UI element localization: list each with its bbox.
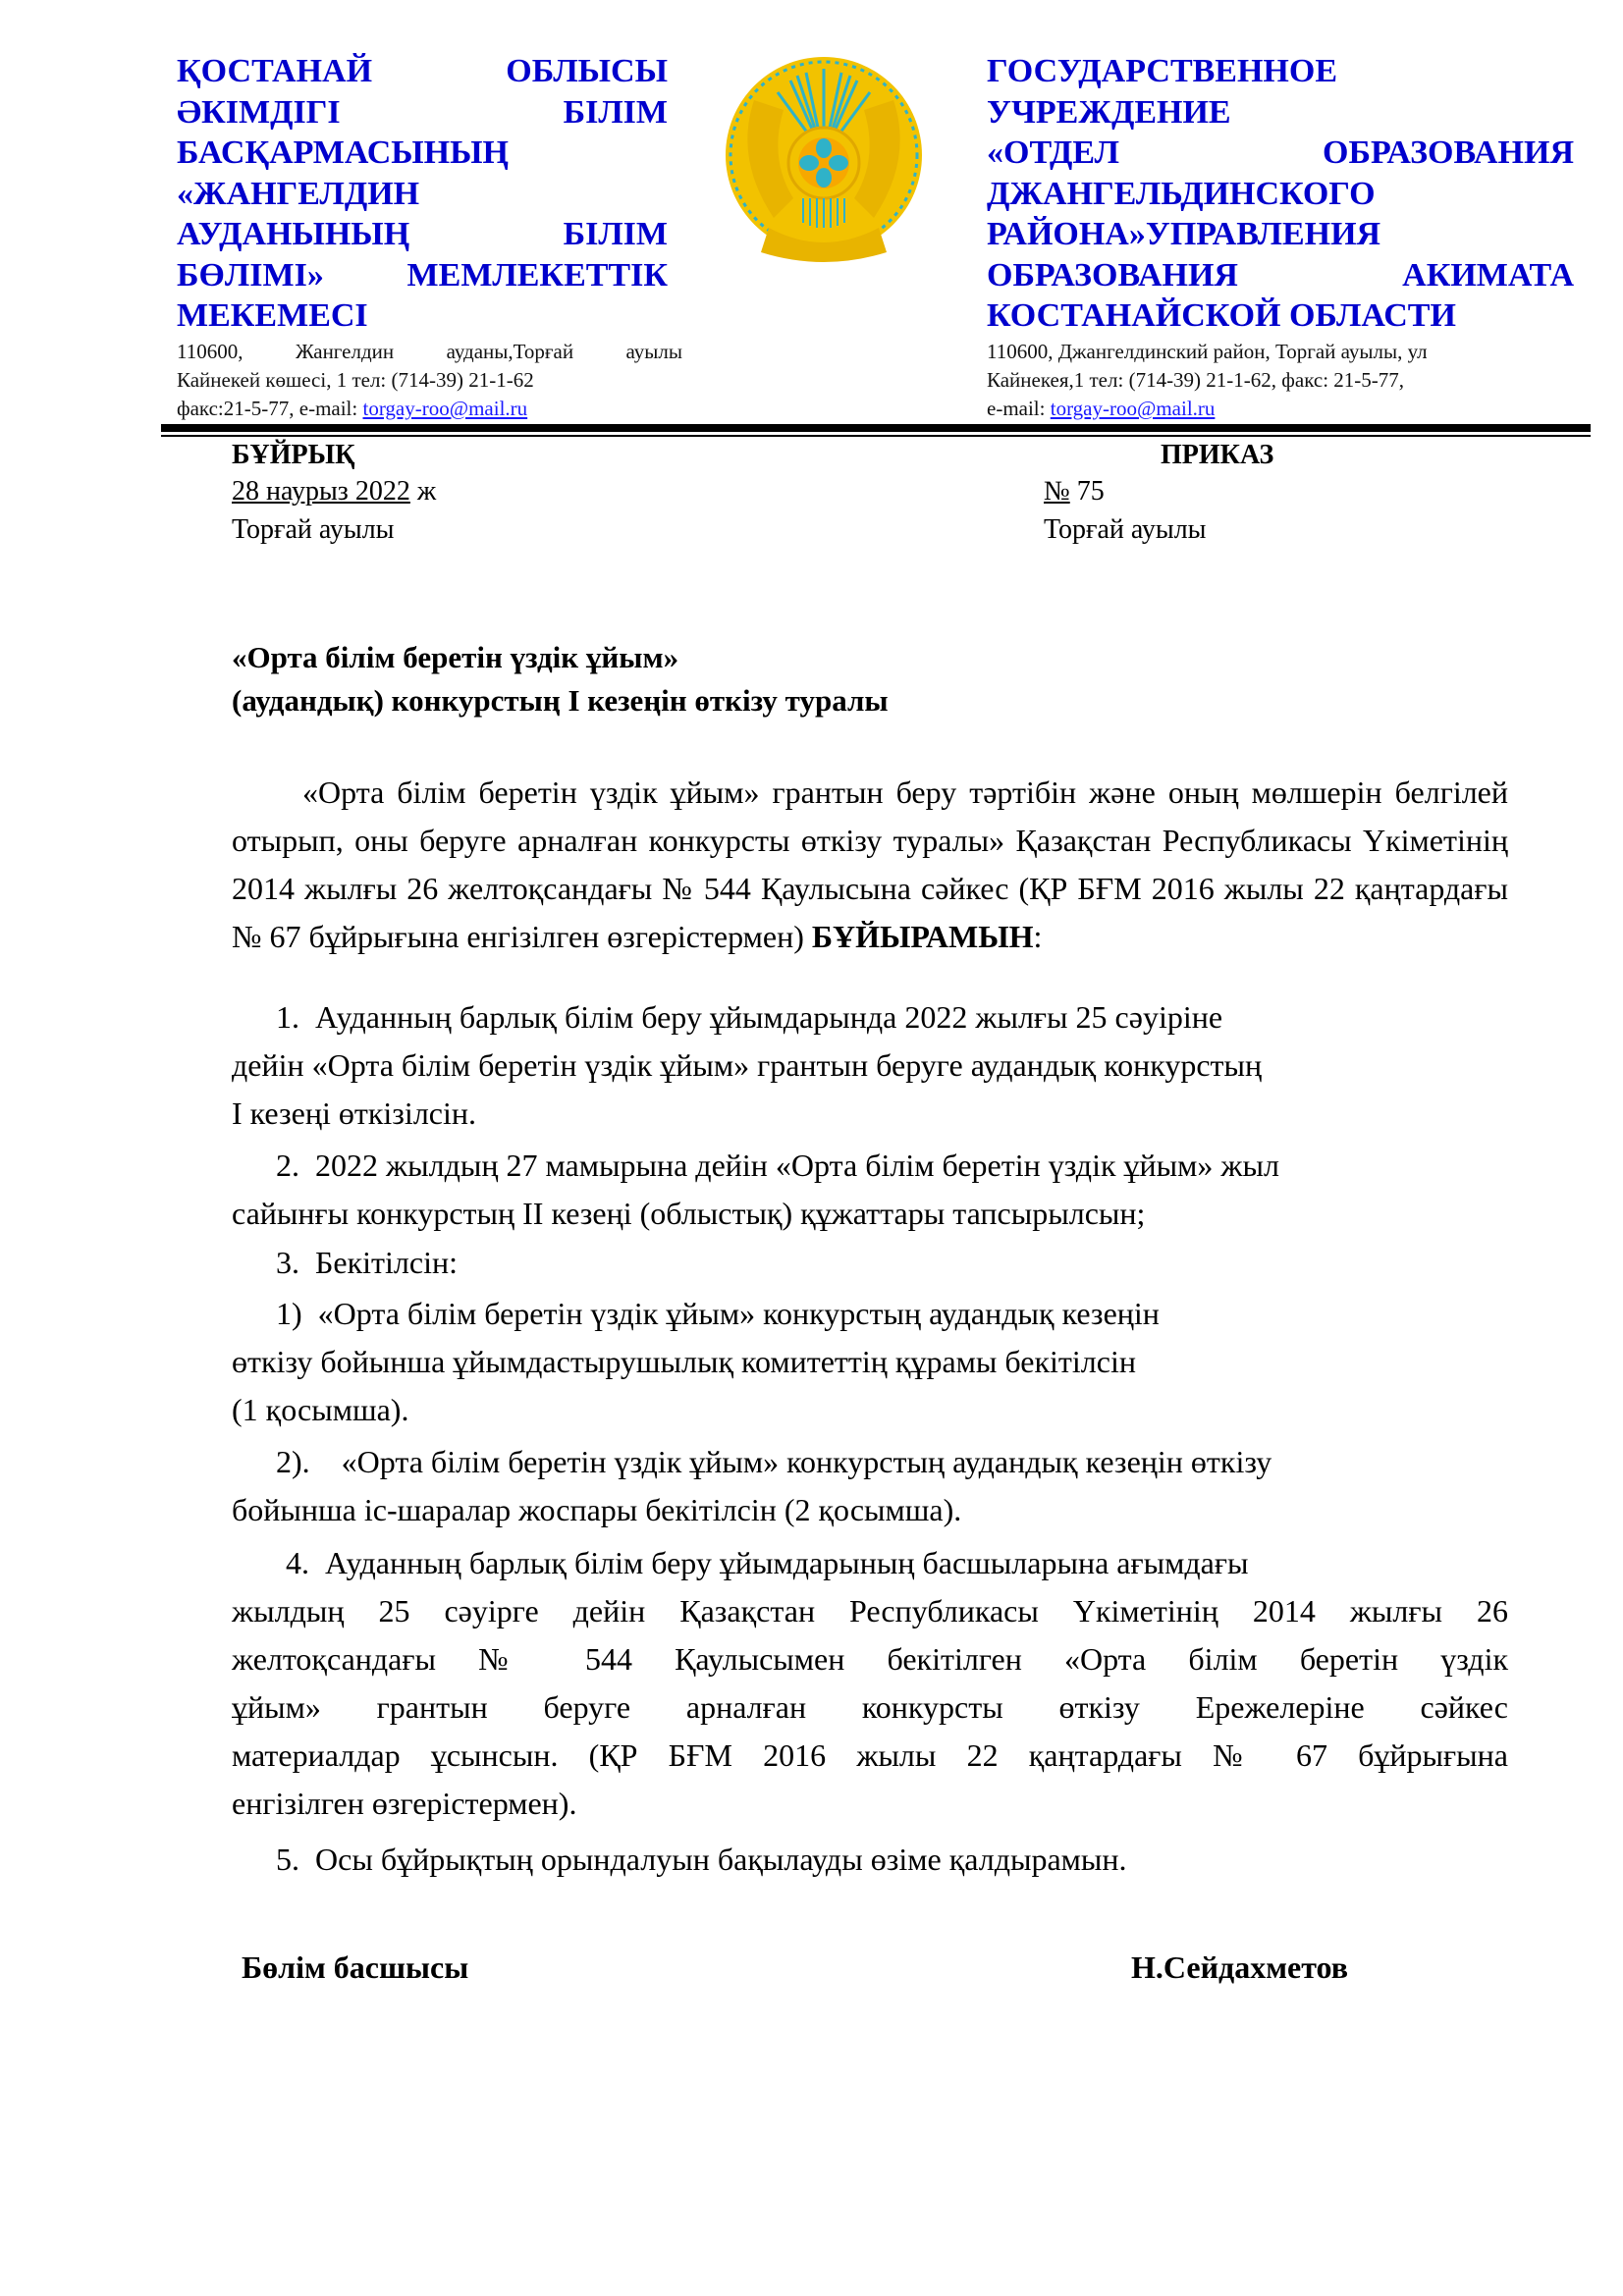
item-number: 1. (276, 999, 299, 1035)
item-line: бойынша іс-шаралар жоспары бекітілсін (2… (232, 1486, 1508, 1534)
intro-paragraph: «Орта білім беретін үздік ұйым» грантын … (232, 769, 1508, 961)
email-label: e-mail: (987, 397, 1051, 420)
header-divider-thin (161, 435, 1591, 437)
address-kz: 110600, Жангелдин ауданы,Торғай ауылы Ка… (177, 338, 682, 423)
address-line: 110600, Джангелдинский район, Торгай ауы… (987, 338, 1537, 366)
date-suffix: ж (410, 476, 436, 507)
item-number: 1) (276, 1296, 302, 1331)
email-line: e-mail: torgay-roo@mail.ru (987, 395, 1537, 423)
place-kz: Торғай ауылы (232, 514, 395, 546)
signatory-name: Н.Сейдахметов (1131, 1949, 1348, 1986)
org-line: КОСТАНАЙСКОЙ ОБЛАСТИ (987, 295, 1574, 337)
org-line: БАСҚАРМАСЫНЫҢ (177, 133, 668, 174)
order-item-1: 1. Ауданның барлық білім беру ұйымдарынд… (232, 993, 1508, 1138)
org-line: ДЖАНГЕЛЬДИНСКОГО (987, 174, 1574, 215)
order-subitem-2: 2). «Орта білім беретін үздік ұйым» конк… (232, 1438, 1508, 1534)
header-divider-thick (161, 424, 1591, 432)
org-line: ОБРАЗОВАНИЯ АКИМАТА (987, 255, 1574, 296)
item-number: 3. (276, 1245, 299, 1280)
number-value: 75 (1070, 476, 1105, 507)
order-item-5: 5. Осы бұйрықтың орындалуын бақылауды өз… (232, 1836, 1508, 1884)
item-line: Осы бұйрықтың орындалуын бақылауды өзіме… (315, 1842, 1127, 1877)
item-number: 2). (276, 1444, 310, 1479)
item-line: 2022 жылдың 27 мамырына дейін «Орта білі… (315, 1148, 1279, 1183)
title-line: (аудандық) конкурстың І кезеңін өткізу т… (232, 679, 889, 722)
letterhead-org-kz: ҚОСТАНАЙ ОБЛЫСЫ ӘКІМДІГІ БІЛІМ БАСҚАРМАС… (177, 51, 668, 337)
address-line: 110600, Жангелдин ауданы,Торғай ауылы (177, 338, 682, 366)
org-line: БӨЛІМІ» МЕМЛЕКЕТТІК (177, 255, 668, 296)
item-line: желтоқсандағы № 544 Қаулысымен бекітілге… (232, 1635, 1508, 1683)
item-line: ұйым» грантын беруге арналған конкурсты … (232, 1683, 1508, 1732)
item-line: өткізу бойынша ұйымдастырушылық комитетт… (232, 1338, 1508, 1386)
org-line: «ОТДЕЛ ОБРАЗОВАНИЯ (987, 133, 1574, 174)
item-line: (1 қосымша). (232, 1386, 1508, 1434)
letterhead-org-ru: ГОСУДАРСТВЕННОЕ УЧРЕЖДЕНИЕ «ОТДЕЛ ОБРАЗО… (987, 51, 1574, 337)
order-number: № 75 (1044, 476, 1105, 507)
date-value: 28 наурыз 2022 (232, 476, 410, 507)
item-line: Ауданның барлық білім беру ұйымдарында 2… (315, 999, 1222, 1035)
order-date: 28 наурыз 2022 ж (232, 476, 436, 507)
title-line: «Орта білім беретін үздік ұйым» (232, 636, 889, 679)
order-subitem-1: 1) «Орта білім беретін үздік ұйым» конку… (232, 1290, 1508, 1434)
address-line: Кайнекея,1 тел: (714-39) 21-1-62, факс: … (987, 366, 1537, 395)
place-ru: Торғай ауылы (1044, 514, 1207, 546)
item-number: 5. (276, 1842, 299, 1877)
order-label-kz: БҰЙРЫҚ (232, 440, 354, 471)
org-line: МЕКЕМЕСІ (177, 295, 668, 337)
fax-email-line: факс:21-5-77, e-mail: torgay-roo@mail.ru (177, 395, 682, 423)
fax-label: факс:21-5-77, e-mail: (177, 397, 362, 420)
item-number: 2. (276, 1148, 299, 1183)
email-link[interactable]: torgay-roo@mail.ru (362, 397, 527, 420)
org-line: ҚОСТАНАЙ ОБЛЫСЫ (177, 51, 668, 92)
org-line: ГОСУДАРСТВЕННОЕ (987, 51, 1574, 92)
email-link[interactable]: torgay-roo@mail.ru (1051, 397, 1216, 420)
item-line: «Орта білім беретін үздік ұйым» конкурст… (318, 1296, 1160, 1331)
item-line: сайынғы конкурстың ІІ кезеңі (облыстық) … (232, 1190, 1508, 1238)
kazakhstan-emblem-icon (715, 51, 933, 269)
item-line: І кезеңі өткізілсін. (232, 1090, 1508, 1138)
item-line: дейін «Орта білім беретін үздік ұйым» гр… (232, 1041, 1508, 1090)
org-line: АУДАНЫНЫҢ БІЛІМ (177, 214, 668, 255)
order-item-3: 3. Бекітілсін: (232, 1239, 1508, 1287)
item-line: Ауданның барлық білім беру ұйымдарының б… (325, 1545, 1248, 1580)
number-sign: № (1044, 476, 1070, 507)
address-ru: 110600, Джангелдинский район, Торгай ауы… (987, 338, 1537, 423)
org-line: «ЖАНГЕЛДИН (177, 174, 668, 215)
order-label-ru: ПРИКАЗ (1161, 440, 1273, 471)
item-line: Бекітілсін: (315, 1245, 458, 1280)
item-line: материалдар ұсынсын. (ҚР БҒМ 2016 жылы 2… (232, 1732, 1508, 1780)
org-line: ӘКІМДІГІ БІЛІМ (177, 92, 668, 133)
order-item-2: 2. 2022 жылдың 27 мамырына дейін «Орта б… (232, 1142, 1508, 1238)
intro-colon: : (1034, 919, 1043, 954)
org-line: РАЙОНА»УПРАВЛЕНИЯ (987, 214, 1574, 255)
org-line: УЧРЕЖДЕНИЕ (987, 92, 1574, 133)
item-line: «Орта білім беретін үздік ұйым» конкурст… (342, 1444, 1272, 1479)
signatory-position: Бөлім басшысы (242, 1949, 468, 1986)
item-line: енгізілген өзгерістермен). (232, 1780, 1508, 1828)
command-word: БҰЙЫРАМЫН (812, 919, 1034, 954)
address-line: Кайнекей көшесі, 1 тел: (714-39) 21-1-62 (177, 366, 682, 395)
item-line: жылдың 25 сәуірге дейін Қазақстан Респуб… (232, 1587, 1508, 1635)
order-item-4: 4. Ауданның барлық білім беру ұйымдарыны… (232, 1539, 1508, 1828)
item-number: 4. (286, 1545, 309, 1580)
document-title: «Орта білім беретін үздік ұйым» (ауданды… (232, 636, 889, 722)
